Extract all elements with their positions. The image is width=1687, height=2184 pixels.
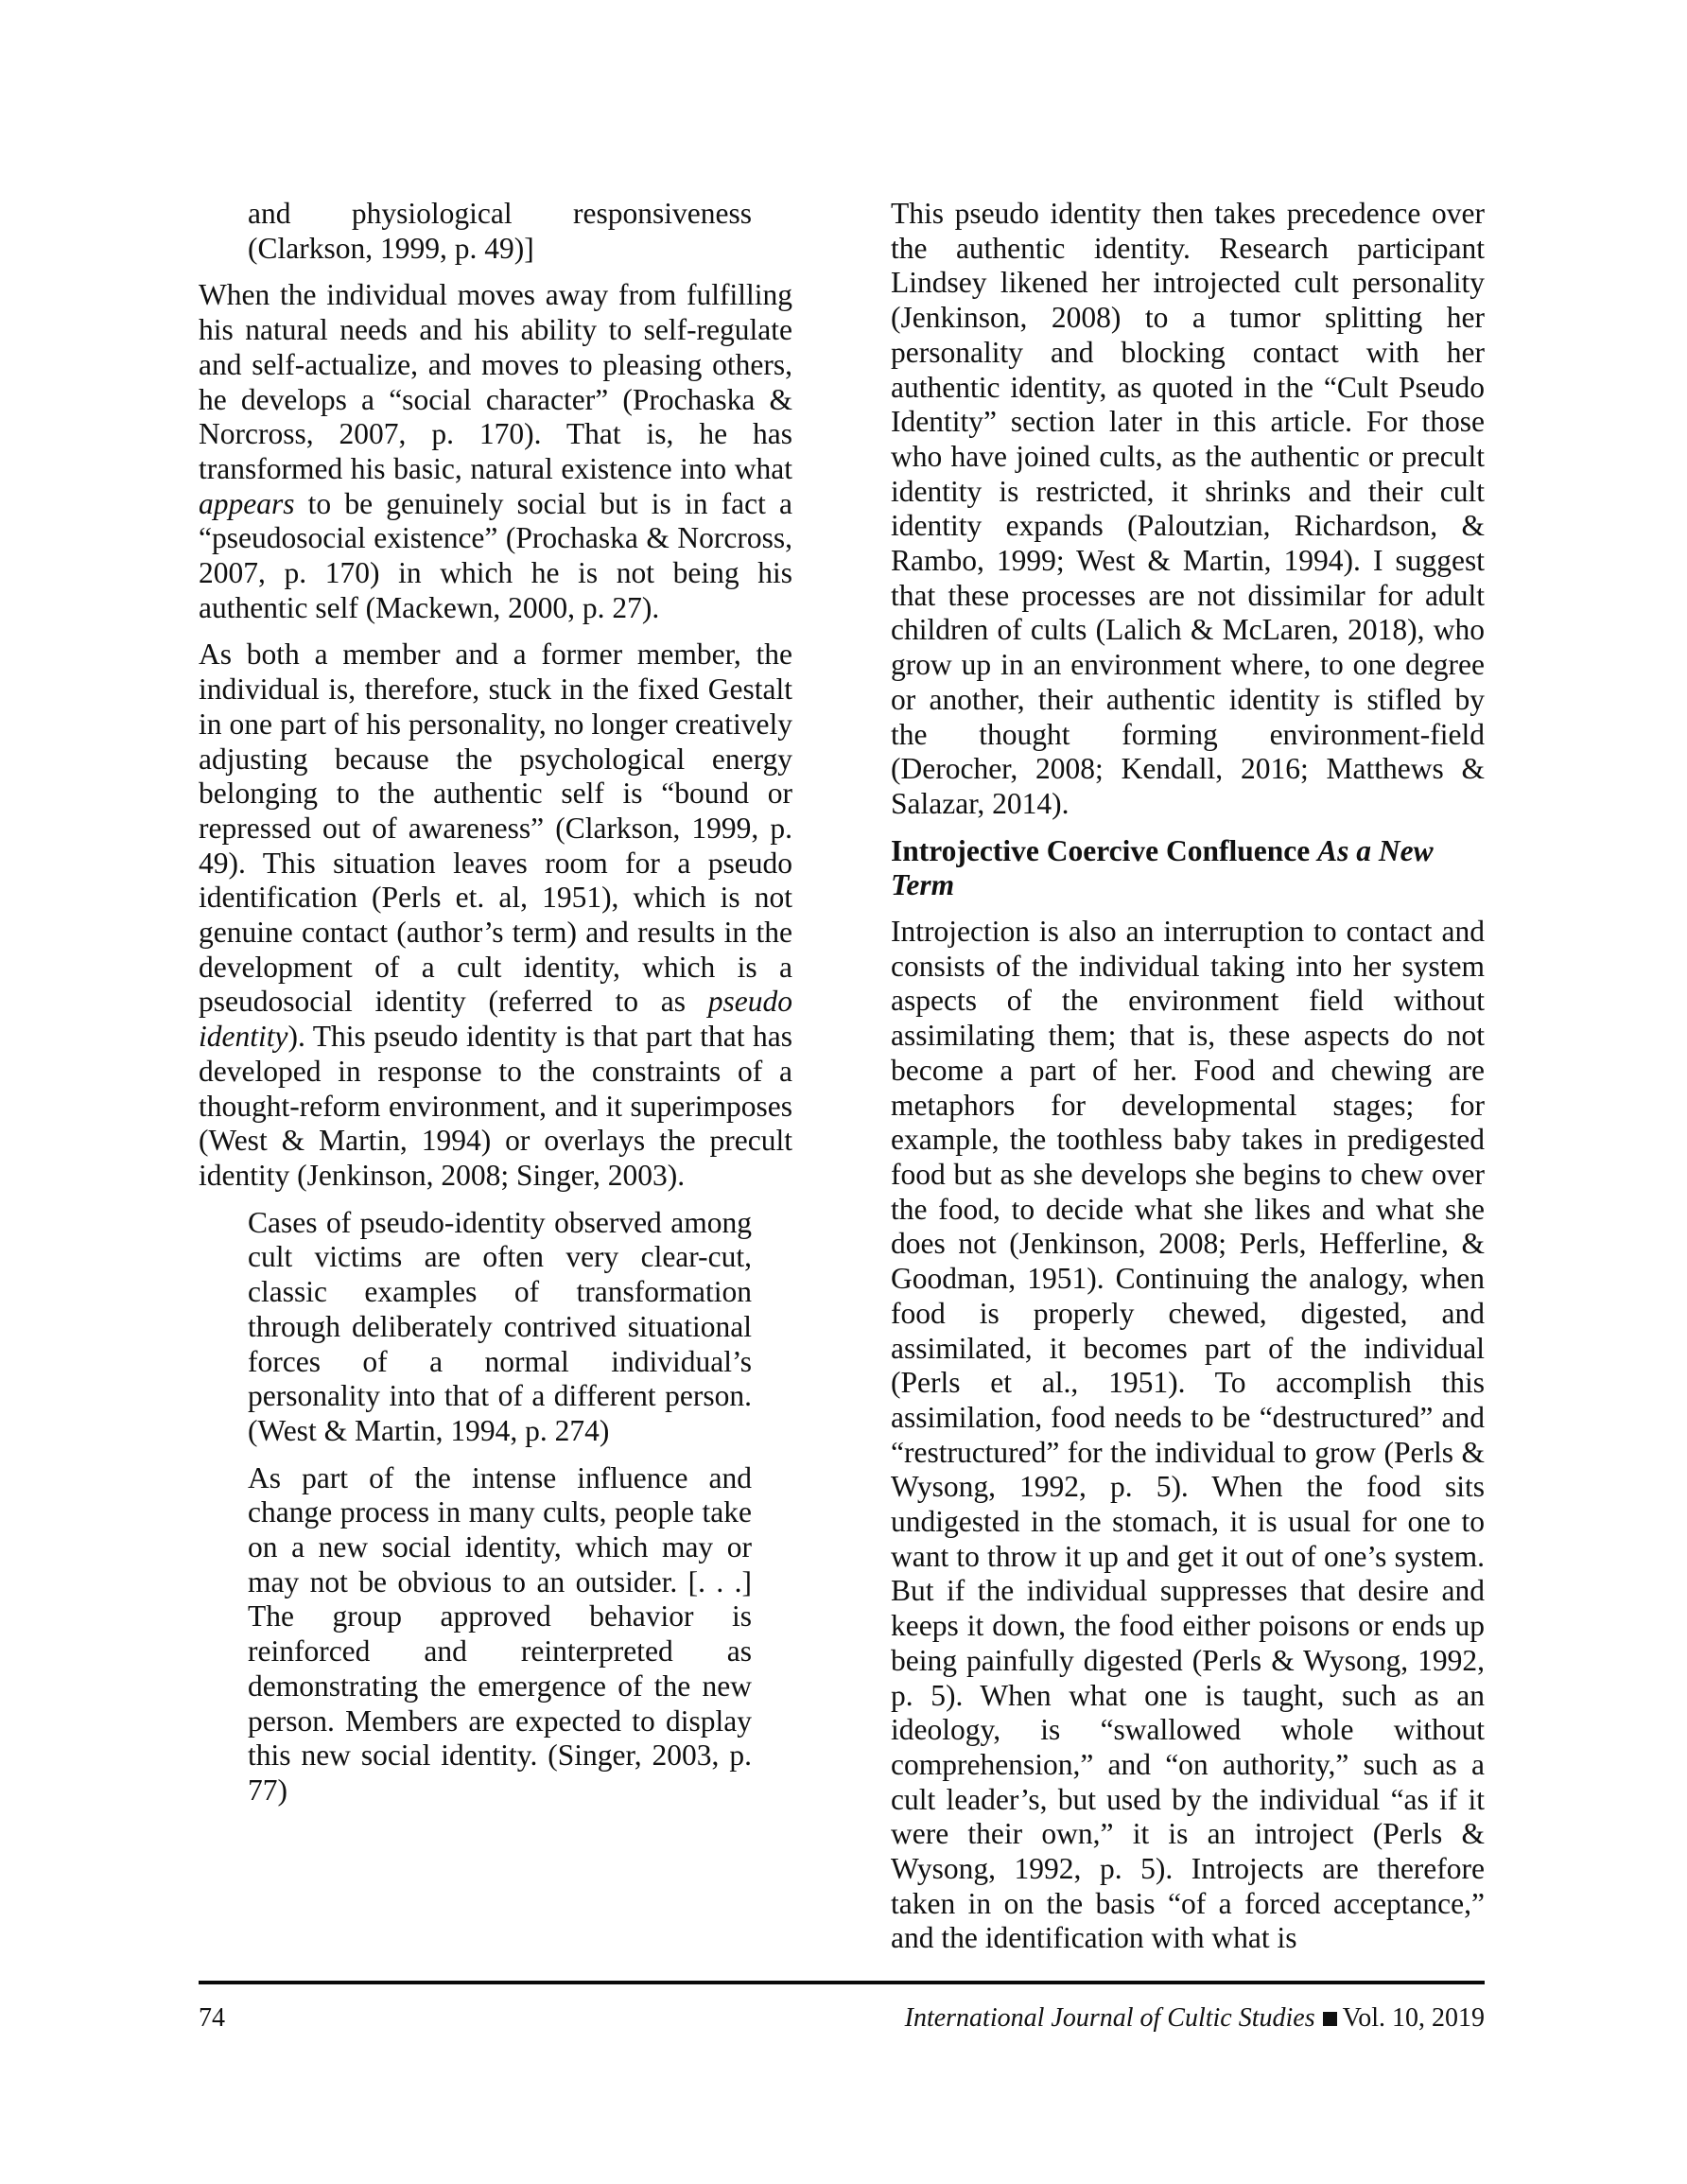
block-quote-continuation: and physiological responsiveness (Clarks… — [248, 197, 752, 266]
journal-title: International Journal of Cultic Studies — [905, 2003, 1315, 2033]
text-span: As both a member and a former member, th… — [199, 638, 792, 1018]
page-number: 74 — [199, 2003, 225, 2034]
body-paragraph: Introjection is also an interruption to … — [891, 915, 1485, 1956]
text-span: When the individual moves away from fulf… — [199, 278, 792, 485]
footer-rule — [199, 1981, 1485, 1984]
body-paragraph: As both a member and a former member, th… — [199, 638, 792, 1193]
heading-text: Introjective Coercive Confluence — [891, 834, 1317, 867]
block-quote: Cases of pseudo-identity observed among … — [248, 1206, 752, 1449]
volume-info: Vol. 10, 2019 — [1343, 2003, 1485, 2033]
body-paragraph: This pseudo identity then takes preceden… — [891, 197, 1485, 822]
right-column: This pseudo identity then takes preceden… — [891, 197, 1485, 1968]
body-paragraph: When the individual moves away from fulf… — [199, 278, 792, 625]
running-footer: International Journal of Cultic StudiesV… — [905, 2003, 1485, 2034]
left-column: and physiological responsiveness (Clarks… — [199, 197, 792, 1821]
journal-page: and physiological responsiveness (Clarks… — [0, 0, 1687, 2184]
emphasis-text: appears — [199, 487, 295, 520]
black-square-icon — [1323, 2012, 1337, 2026]
section-heading: Introjective Coercive Confluence As a Ne… — [891, 834, 1485, 903]
block-quote: As part of the intense influence and cha… — [248, 1461, 752, 1808]
text-span: ). This pseudo identity is that part tha… — [199, 1020, 792, 1192]
